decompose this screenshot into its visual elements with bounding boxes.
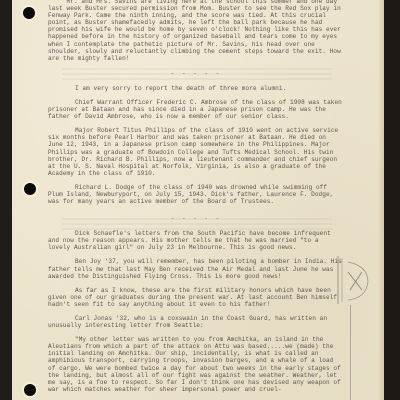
section-divider: - - - - - xyxy=(48,214,344,223)
binder-hole-middle xyxy=(24,183,36,195)
paragraph-savins: Mr. and Mrs. Savins are living here at t… xyxy=(48,0,344,62)
scan-left-border xyxy=(0,0,12,400)
paragraph-jonas: Carl Jonas '32, who is a coxswain in the… xyxy=(48,315,344,329)
document-page: Mr. and Mrs. Savins are living here at t… xyxy=(12,0,384,400)
binder-hole-top xyxy=(23,7,35,19)
pencil-x-mark-icon xyxy=(334,254,376,306)
paragraph-dodge: Richard L. Dodge of the class of 1940 wa… xyxy=(48,184,344,205)
paragraph-jonas-letter: "My other letter was written to you from… xyxy=(48,336,344,393)
paragraph-schaefle: Dick Schaefle's letters from the South P… xyxy=(48,230,344,251)
paragraph-ambrose: Chief Warrant Officer Frederic C. Ambros… xyxy=(48,99,344,120)
scan-right-border xyxy=(384,0,400,400)
typewritten-body: Mr. and Mrs. Savins are living here at t… xyxy=(48,0,344,393)
margin-rule xyxy=(350,305,351,400)
paragraph-phillips: Major Robert Titus Phillips of the class… xyxy=(48,127,344,177)
binder-hole-bottom xyxy=(24,384,36,396)
section-divider: - - - - - xyxy=(48,69,344,78)
paragraph-military-honors: As far as I know, these are the first mi… xyxy=(48,287,344,308)
paragraph-joy: Ben Joy '37, you will remember, has been… xyxy=(48,258,344,279)
paragraph-deaths-intro: I am very sorry to report the death of t… xyxy=(48,85,344,92)
